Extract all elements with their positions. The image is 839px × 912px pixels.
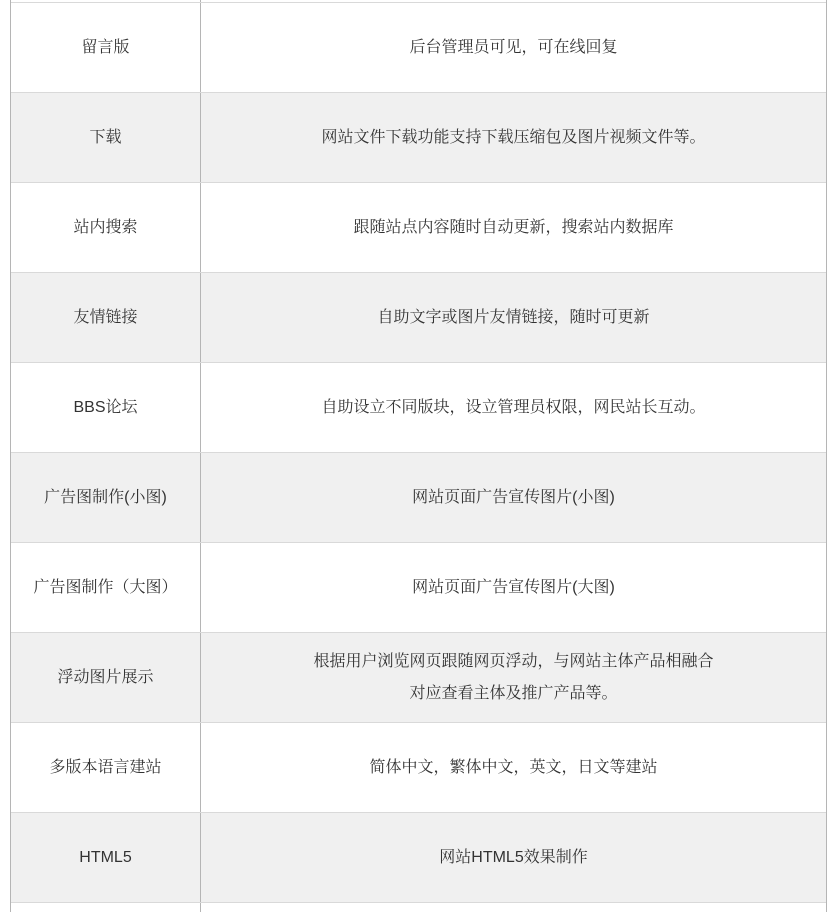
feature-cell: 留言版 <box>11 3 201 92</box>
table-row: 留言版 后台管理员可见，可在线回复 <box>11 3 826 93</box>
description-cell: 网站页面广告宣传图片(大图) <box>201 543 826 632</box>
feature-cell: HTML5 <box>11 813 201 902</box>
description-cell: 网站文件下载功能支持下载压缩包及图片视频文件等。 <box>201 93 826 182</box>
feature-cell <box>11 903 201 912</box>
table-row-partial-bottom <box>11 903 826 912</box>
description-cell: 网站HTML5效果制作 <box>201 813 826 902</box>
description-cell: 后台管理员可见，可在线回复 <box>201 3 826 92</box>
feature-cell: 友情链接 <box>11 273 201 362</box>
feature-cell: 多版本语言建站 <box>11 723 201 812</box>
description-cell: 简体中文，繁体中文，英文，日文等建站 <box>201 723 826 812</box>
feature-cell: 站内搜索 <box>11 183 201 272</box>
description-cell: 根据用户浏览网页跟随网页浮动，与网站主体产品相融合 对应查看主体及推广产品等。 <box>201 633 826 722</box>
feature-cell: 浮动图片展示 <box>11 633 201 722</box>
description-cell: 跟随站点内容随时自动更新，搜索站内数据库 <box>201 183 826 272</box>
description-cell: 自助文字或图片友情链接，随时可更新 <box>201 273 826 362</box>
feature-cell: BBS论坛 <box>11 363 201 452</box>
table-row: 下载 网站文件下载功能支持下载压缩包及图片视频文件等。 <box>11 93 826 183</box>
table-row: 站内搜索 跟随站点内容随时自动更新，搜索站内数据库 <box>11 183 826 273</box>
features-table: 留言版 后台管理员可见，可在线回复 下载 网站文件下载功能支持下载压缩包及图片视… <box>10 0 827 912</box>
feature-cell <box>11 0 201 2</box>
table-row: 广告图制作(小图) 网站页面广告宣传图片(小图) <box>11 453 826 543</box>
table-row: 多版本语言建站 简体中文，繁体中文，英文，日文等建站 <box>11 723 826 813</box>
table-row: 友情链接 自助文字或图片友情链接，随时可更新 <box>11 273 826 363</box>
table-row: BBS论坛 自助设立不同版块，设立管理员权限，网民站长互动。 <box>11 363 826 453</box>
description-cell: 网站页面广告宣传图片(小图) <box>201 453 826 542</box>
feature-cell: 广告图制作（大图） <box>11 543 201 632</box>
table-row: HTML5 网站HTML5效果制作 <box>11 813 826 903</box>
table-row: 广告图制作（大图） 网站页面广告宣传图片(大图) <box>11 543 826 633</box>
table-row: 浮动图片展示 根据用户浏览网页跟随网页浮动，与网站主体产品相融合 对应查看主体及… <box>11 633 826 723</box>
feature-cell: 下载 <box>11 93 201 182</box>
description-cell: 自助设立不同版块，设立管理员权限，网民站长互动。 <box>201 363 826 452</box>
description-cell <box>201 903 826 912</box>
description-cell <box>201 0 826 2</box>
feature-cell: 广告图制作(小图) <box>11 453 201 542</box>
